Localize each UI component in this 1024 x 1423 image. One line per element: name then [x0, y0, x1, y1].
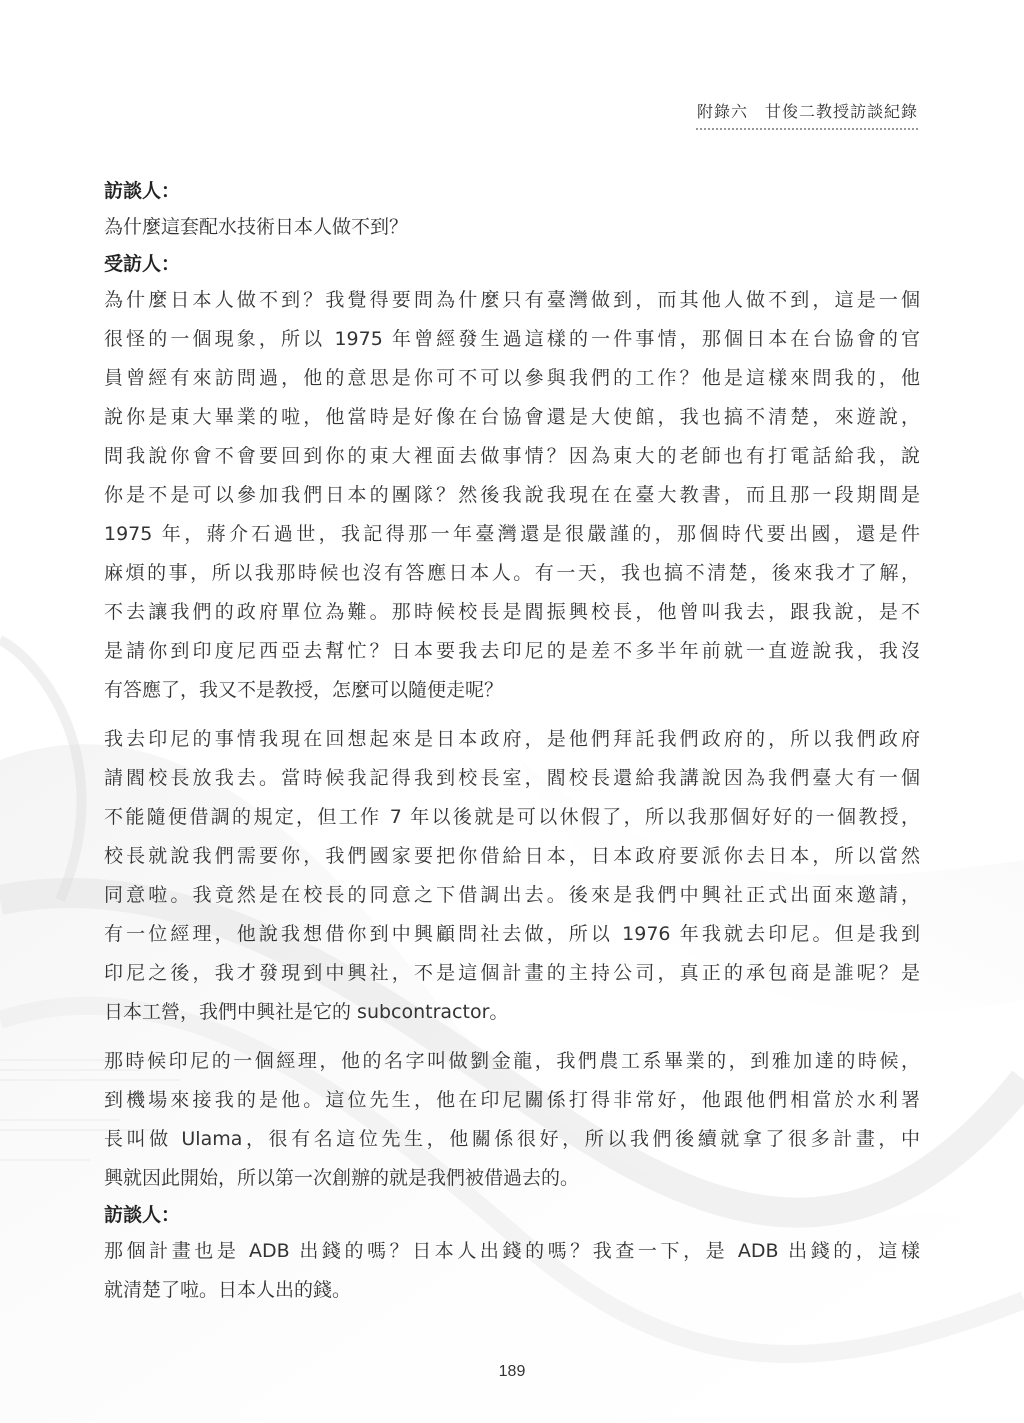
document-page: 附錄六 甘俊二教授訪談紀錄 訪談人： 為什麼這套配水技術日本人做不到？ 受訪人：…: [0, 0, 1024, 1423]
running-header-title: 附錄六 甘俊二教授訪談紀錄: [696, 99, 918, 122]
page-number: 189: [0, 1363, 1024, 1381]
interviewer-question: 為什麼這套配水技術日本人做不到？: [104, 208, 920, 247]
text-line: 我去印尼的事情我現在回想起來是日本政府，是他們拜託我們政府的，所以我們政府: [104, 720, 920, 759]
speaker-label-interviewer: 訪談人：: [104, 176, 920, 206]
interviewee-paragraph-1: 為什麼日本人做不到？我覺得要問為什麼只有臺灣做到，而其他人做不到，這是一個 很怪…: [104, 281, 920, 710]
interview-transcript: 訪談人： 為什麼這套配水技術日本人做不到？ 受訪人： 為什麼日本人做不到？我覺得…: [104, 176, 920, 1310]
text-line: 為什麼日本人做不到？我覺得要問為什麼只有臺灣做到，而其他人做不到，這是一個: [104, 281, 920, 320]
speaker-label-interviewee: 受訪人：: [104, 249, 920, 279]
interviewee-paragraph-3: 那時候印尼的一個經理，他的名字叫做劉金龍，我們農工系畢業的，到雅加達的時候， 到…: [104, 1042, 920, 1198]
text-line: 那個計畫也是 ADB 出錢的嗎？日本人出錢的嗎？我查一下，是 ADB 出錢的，這…: [104, 1232, 920, 1271]
text-line: 請閻校長放我去。當時候我記得我到校長室，閻校長還給我講說因為我們臺大有一個: [104, 759, 920, 798]
text-line: 1975 年，蔣介石過世，我記得那一年臺灣還是很嚴謹的，那個時代要出國，還是件: [104, 515, 920, 554]
text-line: 同意啦。我竟然是在校長的同意之下借調出去。後來是我們中興社正式出面來邀請，: [104, 876, 920, 915]
text-line: 不能隨便借調的規定，但工作 7 年以後就是可以休假了，所以我那個好好的一個教授，: [104, 798, 920, 837]
text-line: 有一位經理，他說我想借你到中興顧問社去做，所以 1976 年我就去印尼。但是我到: [104, 915, 920, 954]
text-line: 有答應了，我又不是教授，怎麼可以隨便走呢？: [104, 671, 920, 710]
speaker-label-interviewer: 訪談人：: [104, 1200, 920, 1230]
interviewer-remark: 那個計畫也是 ADB 出錢的嗎？日本人出錢的嗎？我查一下，是 ADB 出錢的，這…: [104, 1232, 920, 1310]
text-line: 為什麼這套配水技術日本人做不到？: [104, 208, 920, 247]
text-line: 那時候印尼的一個經理，他的名字叫做劉金龍，我們農工系畢業的，到雅加達的時候，: [104, 1042, 920, 1081]
text-line: 印尼之後，我才發現到中興社，不是這個計畫的主持公司，真正的承包商是誰呢？是: [104, 954, 920, 993]
text-line: 興就因此開始，所以第一次創辦的就是我們被借過去的。: [104, 1159, 920, 1198]
interviewee-paragraph-2: 我去印尼的事情我現在回想起來是日本政府，是他們拜託我們政府的，所以我們政府 請閻…: [104, 720, 920, 1032]
text-line: 說你是東大畢業的啦，他當時是好像在台協會還是大使館，我也搞不清楚，來遊說，: [104, 398, 920, 437]
text-line: 校長就說我們需要你，我們國家要把你借給日本，日本政府要派你去日本，所以當然: [104, 837, 920, 876]
text-line: 員曾經有來訪問過，他的意思是你可不可以參與我們的工作？他是這樣來問我的，他: [104, 359, 920, 398]
text-line: 不去讓我們的政府單位為難。那時候校長是閻振興校長，他曾叫我去，跟我說，是不: [104, 593, 920, 632]
running-header: 附錄六 甘俊二教授訪談紀錄: [696, 99, 918, 130]
text-line: 日本工營，我們中興社是它的 subcontractor。: [104, 993, 920, 1032]
text-line: 到機場來接我的是他。這位先生，他在印尼關係打得非常好，他跟他們相當於水利署: [104, 1081, 920, 1120]
text-line: 你是不是可以參加我們日本的團隊？然後我說我現在在臺大教書，而且那一段期間是: [104, 476, 920, 515]
text-line: 問我說你會不會要回到你的東大裡面去做事情？因為東大的老師也有打電話給我，說: [104, 437, 920, 476]
header-dotted-rule: [696, 128, 918, 130]
text-line: 長叫做 Ulama，很有名這位先生，他關係很好，所以我們後續就拿了很多計畫，中: [104, 1120, 920, 1159]
text-line: 麻煩的事，所以我那時候也沒有答應日本人。有一天，我也搞不清楚，後來我才了解，: [104, 554, 920, 593]
text-line: 是請你到印度尼西亞去幫忙？日本要我去印尼的是差不多半年前就一直遊說我，我沒: [104, 632, 920, 671]
text-line: 很怪的一個現象，所以 1975 年曾經發生過這樣的一件事情，那個日本在台協會的官: [104, 320, 920, 359]
text-line: 就清楚了啦。日本人出的錢。: [104, 1271, 920, 1310]
